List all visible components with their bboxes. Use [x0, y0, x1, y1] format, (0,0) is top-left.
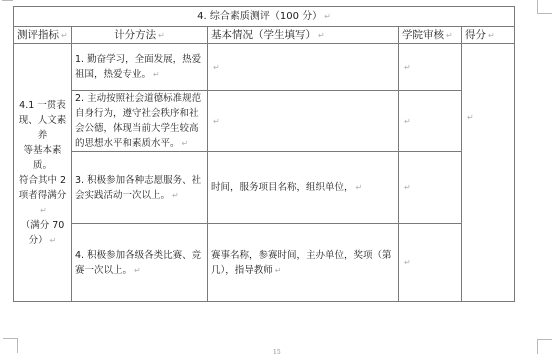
- indicator-line: 等基本素质。: [17, 143, 68, 173]
- review-cell-4[interactable]: ↵: [399, 224, 462, 302]
- crop-mark-top-right: [537, 0, 552, 14]
- paragraph-mark-icon: ↵: [40, 206, 47, 215]
- indicator-line: 项者得满分: [19, 190, 67, 201]
- paragraph-mark-icon: ↵: [404, 258, 411, 267]
- paragraph-mark-icon: ↵: [318, 31, 325, 40]
- paragraph-mark-icon: ↵: [153, 70, 160, 79]
- method-cell-1[interactable]: 1. 勤奋学习，全面发展，热爱祖国，热爱专业。↵: [72, 44, 208, 91]
- basic-info-cell-3[interactable]: 时间，服务项目名称，组织单位，↵: [208, 152, 399, 224]
- paragraph-mark-icon: ↵: [275, 266, 282, 275]
- evaluation-table: 4. 综合素质测评（100 分）↵ 测评指标↵ 计分方法↵ 基本情况（学生填写）…: [13, 6, 515, 302]
- table-title: 4. 综合素质测评（100 分）: [197, 11, 322, 22]
- review-cell-3[interactable]: ↵: [399, 152, 462, 224]
- basic-info-cell-4[interactable]: 赛事名称，参赛时间，主办单位，奖项（第几），指导教师↵: [208, 224, 399, 302]
- header-review[interactable]: 学院审核↵: [399, 27, 462, 44]
- crop-mark-bottom-right: [537, 339, 552, 354]
- indicator-line: 分）: [29, 235, 48, 246]
- indicator-line: 符合其中 2: [17, 173, 68, 188]
- method-cell-2[interactable]: 2. 主动按照社会道德标准规范自身行为，遵守社会秩序和社会公德，体现当前大学生较…: [72, 91, 208, 152]
- header-method-label: 计分方法: [114, 29, 156, 41]
- indicator-cell[interactable]: 4.1 一贯表 现、人文素养 等基本素质。 符合其中 2 项者得满分↵ （满分 …: [14, 44, 72, 302]
- paragraph-mark-icon: ↵: [61, 31, 68, 40]
- header-basic-info-label: 基本情况（学生填写）: [211, 29, 316, 41]
- method-text: 3. 积极参加各种志愿服务、社会实践活动一次以上。: [75, 175, 201, 201]
- paragraph-mark-icon: ↵: [134, 266, 141, 275]
- paragraph-mark-icon: ↵: [488, 31, 495, 40]
- basic-info-text: 赛事名称，参赛时间，主办单位，奖项（第几），指导教师: [211, 250, 392, 276]
- paragraph-mark-icon: ↵: [404, 63, 411, 72]
- paragraph-mark-icon: ↵: [356, 183, 363, 192]
- paragraph-mark-icon: ↵: [50, 236, 57, 245]
- paragraph-mark-icon: ↵: [172, 191, 179, 200]
- header-basic-info[interactable]: 基本情况（学生填写）↵: [208, 27, 399, 44]
- header-indicator-label: 测评指标: [17, 29, 59, 41]
- review-cell-1[interactable]: ↵: [399, 44, 462, 91]
- method-cell-4[interactable]: 4. 积极参加各级各类比赛、竞赛一次以上。↵: [72, 224, 208, 302]
- review-cell-2[interactable]: ↵: [399, 91, 462, 152]
- paragraph-mark-icon: ↵: [404, 183, 411, 192]
- paragraph-mark-icon: ↵: [467, 113, 474, 122]
- header-method[interactable]: 计分方法↵: [72, 27, 208, 44]
- basic-info-text: 时间，服务项目名称，组织单位，: [211, 182, 354, 193]
- paragraph-mark-icon: ↵: [446, 31, 453, 40]
- crop-mark-top-left: [2, 0, 13, 1]
- table-row: 4. 积极参加各级各类比赛、竞赛一次以上。↵ 赛事名称，参赛时间，主办单位，奖项…: [14, 224, 515, 302]
- table-title-row: 4. 综合素质测评（100 分）↵: [14, 7, 515, 27]
- header-review-label: 学院审核: [402, 29, 444, 41]
- score-cell[interactable]: ↵: [462, 44, 515, 302]
- crop-mark-bottom-left: [3, 338, 18, 353]
- table-row: 2. 主动按照社会道德标准规范自身行为，遵守社会秩序和社会公德，体现当前大学生较…: [14, 91, 515, 152]
- document-page: 4. 综合素质测评（100 分）↵ 测评指标↵ 计分方法↵ 基本情况（学生填写）…: [0, 0, 554, 361]
- indicator-line: 4.1 一贯表: [17, 98, 68, 113]
- header-score[interactable]: 得分↵: [462, 27, 515, 44]
- basic-info-cell-1[interactable]: ↵: [208, 44, 399, 91]
- method-text: 1. 勤奋学习，全面发展，热爱祖国，热爱专业。: [75, 54, 201, 80]
- method-cell-3[interactable]: 3. 积极参加各种志愿服务、社会实践活动一次以上。↵: [72, 152, 208, 224]
- indicator-line: （满分 70: [17, 218, 68, 233]
- header-score-label: 得分: [465, 29, 486, 41]
- paragraph-mark-icon: ↵: [324, 12, 331, 21]
- paragraph-mark-icon: ↵: [404, 117, 411, 126]
- page-number: 15: [273, 349, 281, 356]
- paragraph-mark-icon: ↵: [213, 63, 220, 72]
- paragraph-mark-icon: ↵: [213, 117, 220, 126]
- indicator-line: 现、人文素养: [17, 113, 68, 143]
- column-header-row: 测评指标↵ 计分方法↵ 基本情况（学生填写）↵ 学院审核↵ 得分↵: [14, 27, 515, 44]
- table-title-cell[interactable]: 4. 综合素质测评（100 分）↵: [14, 7, 515, 27]
- header-indicator[interactable]: 测评指标↵: [14, 27, 72, 44]
- basic-info-cell-2[interactable]: ↵: [208, 91, 399, 152]
- table-row: 3. 积极参加各种志愿服务、社会实践活动一次以上。↵ 时间，服务项目名称，组织单…: [14, 152, 515, 224]
- paragraph-mark-icon: ↵: [158, 31, 165, 40]
- paragraph-mark-icon: ↵: [182, 139, 189, 148]
- table-row: 4.1 一贯表 现、人文素养 等基本素质。 符合其中 2 项者得满分↵ （满分 …: [14, 44, 515, 91]
